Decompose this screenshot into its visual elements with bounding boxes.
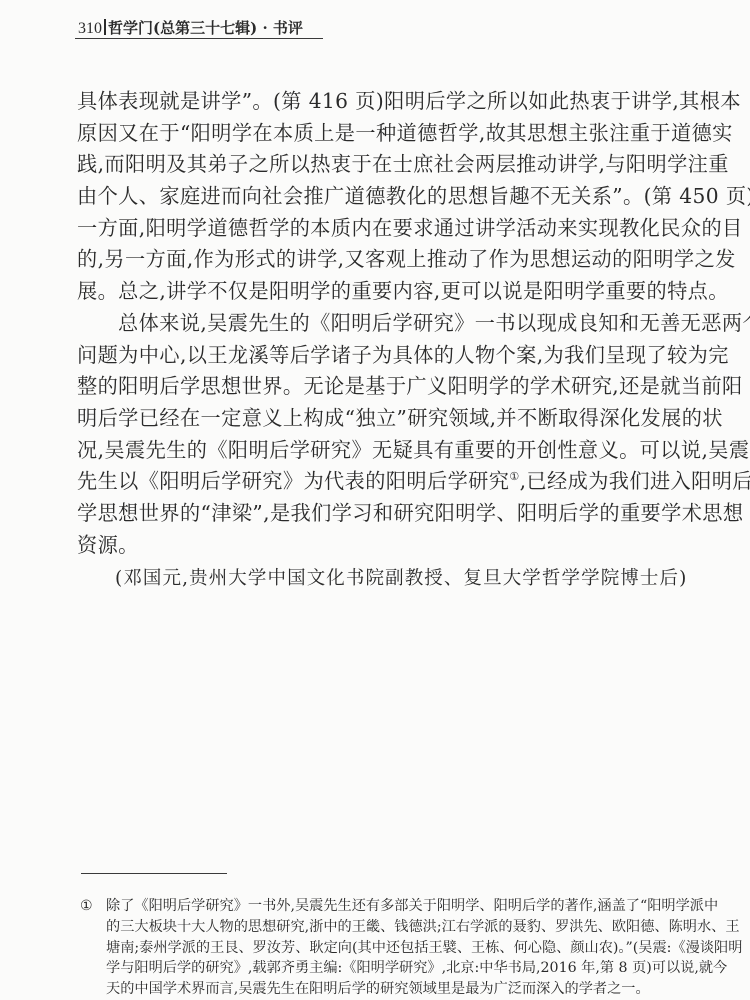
page-number: 310 [75, 20, 102, 37]
journal-title: 哲学门(总第三十七辑) [108, 19, 257, 37]
text-line-with-footnote: 先生以《阳明后学研究》为代表的阳明后学研究①,已经成为我们进入阳明后 [77, 466, 657, 498]
footnote-divider [81, 873, 227, 874]
text-line: 总体来说,吴震先生的《阳明后学研究》一书以现成良知和无善无恶两个 [77, 308, 657, 340]
footnote-line: 天的中国学术界而言,吴震先生在阳明后学的研究领域里是最为广泛而深入的学者之一。 [106, 979, 658, 1000]
text-line: 明后学已经在一定意义上构成“独立”研究领域,并不断取得深化发展的状 [77, 403, 657, 435]
footnote-line: 学与阳明后学的研究》,载郭齐勇主编:《阳明学研究》,北京:中华书局,2016 年… [106, 958, 658, 979]
author-signature: (邓国元,贵州大学中国文化书院副教授、复旦大学哲学学院博士后) [115, 564, 675, 594]
footnote-reference[interactable]: ① [509, 470, 519, 483]
text-line: 资源。 [77, 530, 657, 562]
footnote: ① 除了《阳明后学研究》一书外,吴震先生还有多部关于阳明学、阳明后学的著作,涵盖… [80, 896, 658, 1000]
footnote-line: 除了《阳明后学研究》一书外,吴震先生还有多部关于阳明学、阳明后学的著作,涵盖了“… [106, 896, 658, 917]
footnote-line: 的三大板块十大人物的思想研究,浙中的王畿、钱德洪;江右学派的聂豹、罗洪先、欧阳德… [106, 917, 658, 938]
header-separator: · [262, 19, 267, 37]
body-text: 具体表现就是讲学”。(第 416 页)阳明后学之所以如此热衷于讲学,其根本 原因… [77, 86, 657, 561]
running-header: 310哲学门(总第三十七辑) · 书评 [75, 18, 323, 39]
text-line: 的,另一方面,作为形式的讲学,又客观上推动了作为思想运动的阳明学之发 [77, 244, 657, 276]
text-line: 践,而阳明及其弟子之所以热衷于在士庶社会两层推动讲学,与阳明学注重 [77, 149, 657, 181]
text-line: 况,吴震先生的《阳明后学研究》无疑具有重要的开创性意义。可以说,吴震 [77, 435, 657, 467]
text-line: 学思想世界的“津梁”,是我们学习和研究阳明学、阳明后学的重要学术思想 [77, 498, 657, 530]
footnote-marker: ① [80, 896, 93, 917]
text-segment: 先生以《阳明后学研究》为代表的阳明后学研究 [77, 469, 509, 493]
section-title: 书评 [273, 19, 303, 37]
text-line: 由个人、家庭进而向社会推广道德教化的思想旨趣不无关系”。(第 450 页) [77, 181, 657, 213]
paragraph-1: 具体表现就是讲学”。(第 416 页)阳明后学之所以如此热衷于讲学,其根本 原因… [77, 86, 657, 308]
text-line: 原因又在于“阳明学在本质上是一种道德哲学,故其思想主张注重于道德实 [77, 118, 657, 150]
text-line: 具体表现就是讲学”。(第 416 页)阳明后学之所以如此热衷于讲学,其根本 [77, 86, 657, 118]
text-segment: ,已经成为我们进入阳明后 [520, 469, 750, 493]
header-divider [104, 19, 106, 35]
text-line: 展。总之,讲学不仅是阳明学的重要内容,更可以说是阳明学重要的特点。 [77, 276, 657, 308]
text-line: 整的阳明后学思想世界。无论是基于广义阳明学的学术研究,还是就当前阳 [77, 371, 657, 403]
footnote-line: 塘南;泰州学派的王艮、罗汝芳、耿定向(其中还包括王襞、王栋、何心隐、颜山农)。”… [106, 938, 658, 959]
text-line: 问题为中心,以王龙溪等后学诸子为具体的人物个案,为我们呈现了较为完 [77, 340, 657, 372]
text-line: 一方面,阳明学道德哲学的本质内在要求通过讲学活动来实现教化民众的目 [77, 213, 657, 245]
paragraph-2: 总体来说,吴震先生的《阳明后学研究》一书以现成良知和无善无恶两个 问题为中心,以… [77, 308, 657, 562]
footnote-body: 除了《阳明后学研究》一书外,吴震先生还有多部关于阳明学、阳明后学的著作,涵盖了“… [106, 896, 658, 1000]
